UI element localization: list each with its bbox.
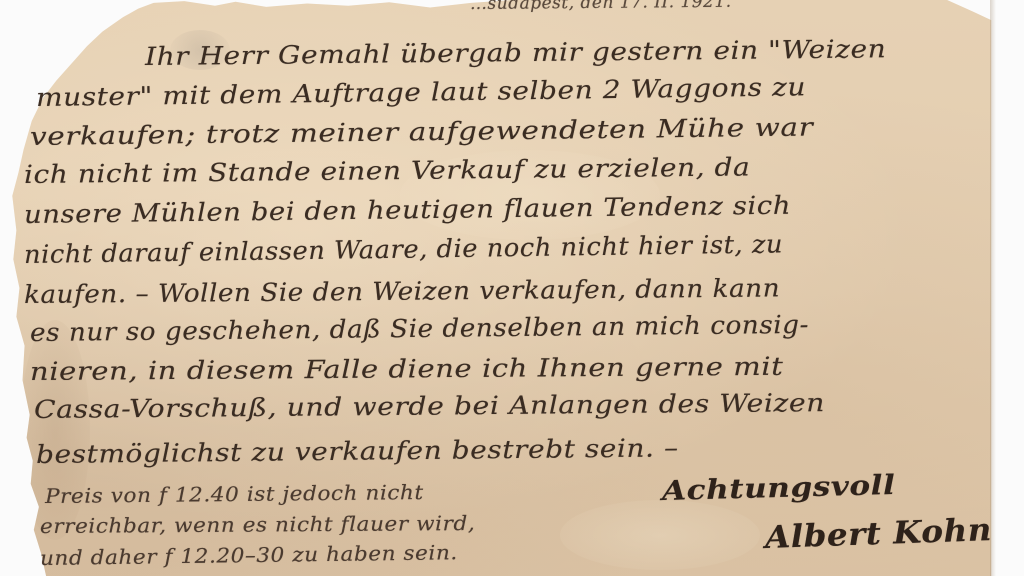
postscript-line: Preis von f 12.40 ist jedoch nicht (45, 480, 424, 508)
letter-place-date: …sudapest, den 17. II. 1921. (470, 0, 732, 14)
letter-closing: Achtungsvoll (662, 470, 896, 507)
letter-line: nieren, in diesem Falle diene ich Ihnen … (30, 352, 784, 386)
scanned-letter-page: …sudapest, den 17. II. 1921. Ihr Herr Ge… (0, 0, 1024, 576)
paper-stain (560, 500, 760, 570)
postscript-line: erreichbar, wenn es nicht flauer wird, (40, 511, 475, 538)
paper-right-edge-shadow (990, 0, 996, 576)
